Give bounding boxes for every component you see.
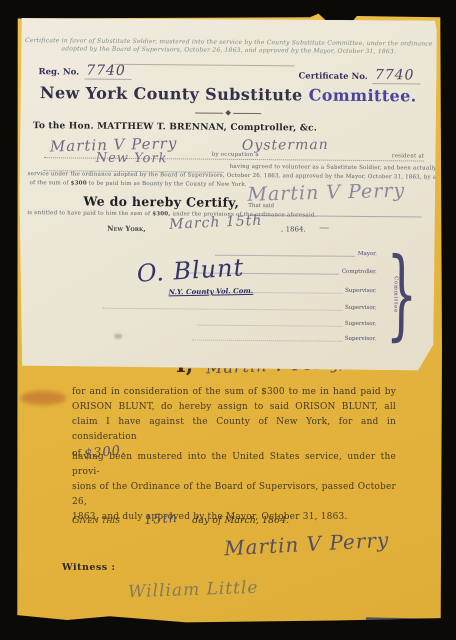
signature-rule bbox=[102, 307, 342, 311]
given-label: Given this bbox=[72, 515, 120, 526]
certify-line: We do hereby Certify, That said bbox=[83, 191, 274, 212]
entitled-amount: $300, bbox=[152, 211, 170, 217]
body-line: service under the ordinance adopted by t… bbox=[28, 171, 428, 180]
header-note: Certificate in favor of Substitute Soldi… bbox=[21, 37, 437, 57]
dateline-date-handwritten: March 15th bbox=[169, 213, 263, 233]
registration-number: Reg. No. 7740 bbox=[38, 59, 131, 79]
mustered-line: having been mustered into the United Sta… bbox=[72, 450, 396, 480]
dateline-year: , 1864. bbox=[281, 225, 306, 233]
signature-label: Mayor. bbox=[358, 251, 377, 257]
bounty-amount: $300 bbox=[71, 180, 87, 186]
edge-mark bbox=[366, 617, 446, 621]
dateline-dash: — bbox=[319, 223, 330, 234]
ink-stain bbox=[114, 334, 122, 339]
reg-no-label: Reg. No. bbox=[38, 67, 79, 77]
signature-label: Supervisor. bbox=[345, 305, 377, 311]
body-line: having agreed to volunteer as a Substitu… bbox=[230, 164, 456, 172]
committee-brace: } bbox=[386, 244, 418, 344]
occupation-handwritten: Oysterman bbox=[242, 137, 329, 154]
signature-label: Supervisor. bbox=[345, 336, 377, 342]
given-day-handwritten: 15th bbox=[144, 511, 179, 528]
certified-name-handwritten: Martin V Perry bbox=[247, 180, 405, 206]
signature-label: Supervisor. bbox=[345, 321, 377, 327]
certify-label: We do hereby Certify, bbox=[83, 194, 239, 210]
certificate-no-value-handwritten: 7740 bbox=[373, 67, 421, 84]
assignment-line: ORISON BLUNT, do hereby assign to said O… bbox=[72, 400, 396, 415]
document-title-accent: Committee. bbox=[309, 86, 417, 106]
committee-side-caption: Committee bbox=[392, 276, 398, 313]
certificate-sheet: Certificate in favor of Substitute Soldi… bbox=[18, 17, 437, 371]
body-line-text: to be paid him as Bounty by the County o… bbox=[87, 181, 247, 188]
given-rest: day of March, 1864. bbox=[192, 515, 289, 526]
body-line-text: of the sum of bbox=[30, 180, 71, 186]
signature-rule bbox=[197, 324, 342, 327]
certificate-no-label: Certificate No. bbox=[298, 71, 367, 82]
divider-ornament bbox=[20, 109, 436, 117]
signature-label: Comptroller. bbox=[342, 269, 377, 275]
mustered-line: sions of the Ordinance of the Board of S… bbox=[72, 480, 396, 510]
dateline-place: New York, bbox=[107, 224, 146, 233]
fold-line bbox=[115, 64, 295, 67]
entitled-text: is entitled to have paid to him the sum … bbox=[27, 210, 152, 217]
given-dateline: Given this15thday of March, 1864. bbox=[72, 508, 289, 527]
residence-handwritten: New York bbox=[96, 151, 168, 167]
supervisor-signature-handwritten: O. Blunt bbox=[136, 253, 245, 288]
supervisor-signature-note: N.Y. County Vol. Com. bbox=[169, 286, 254, 296]
witness-label: Witness : bbox=[62, 562, 115, 573]
signature-row-supervisor: Supervisor. bbox=[197, 320, 377, 328]
red-stain bbox=[20, 391, 66, 405]
document-title-main: New York County Substitute bbox=[40, 83, 309, 104]
addressee-line: To the Hon. MATTHEW T. BRENNAN, Comptrol… bbox=[33, 121, 317, 133]
ornament-line bbox=[233, 112, 261, 113]
ornament-line bbox=[195, 112, 223, 113]
signature-rule bbox=[192, 339, 342, 342]
body-line: of the sum of $300 to be paid him as Bou… bbox=[30, 180, 247, 188]
signature-row-supervisor: Supervisor. bbox=[102, 303, 377, 311]
document-title: New York County Substitute Committee. bbox=[20, 83, 436, 106]
assignment-line: for and in consideration of the sum of $… bbox=[72, 385, 396, 400]
assignment-line: claim I have against the County of New Y… bbox=[72, 415, 396, 445]
reg-no-value-handwritten: 7740 bbox=[84, 63, 132, 80]
signature-label: Supervisor. bbox=[345, 288, 377, 294]
ornament-diamond-icon bbox=[225, 110, 231, 116]
certificate-number: Certificate No. 7740 bbox=[298, 63, 420, 83]
signature-row-supervisor: Supervisor. bbox=[192, 335, 377, 343]
